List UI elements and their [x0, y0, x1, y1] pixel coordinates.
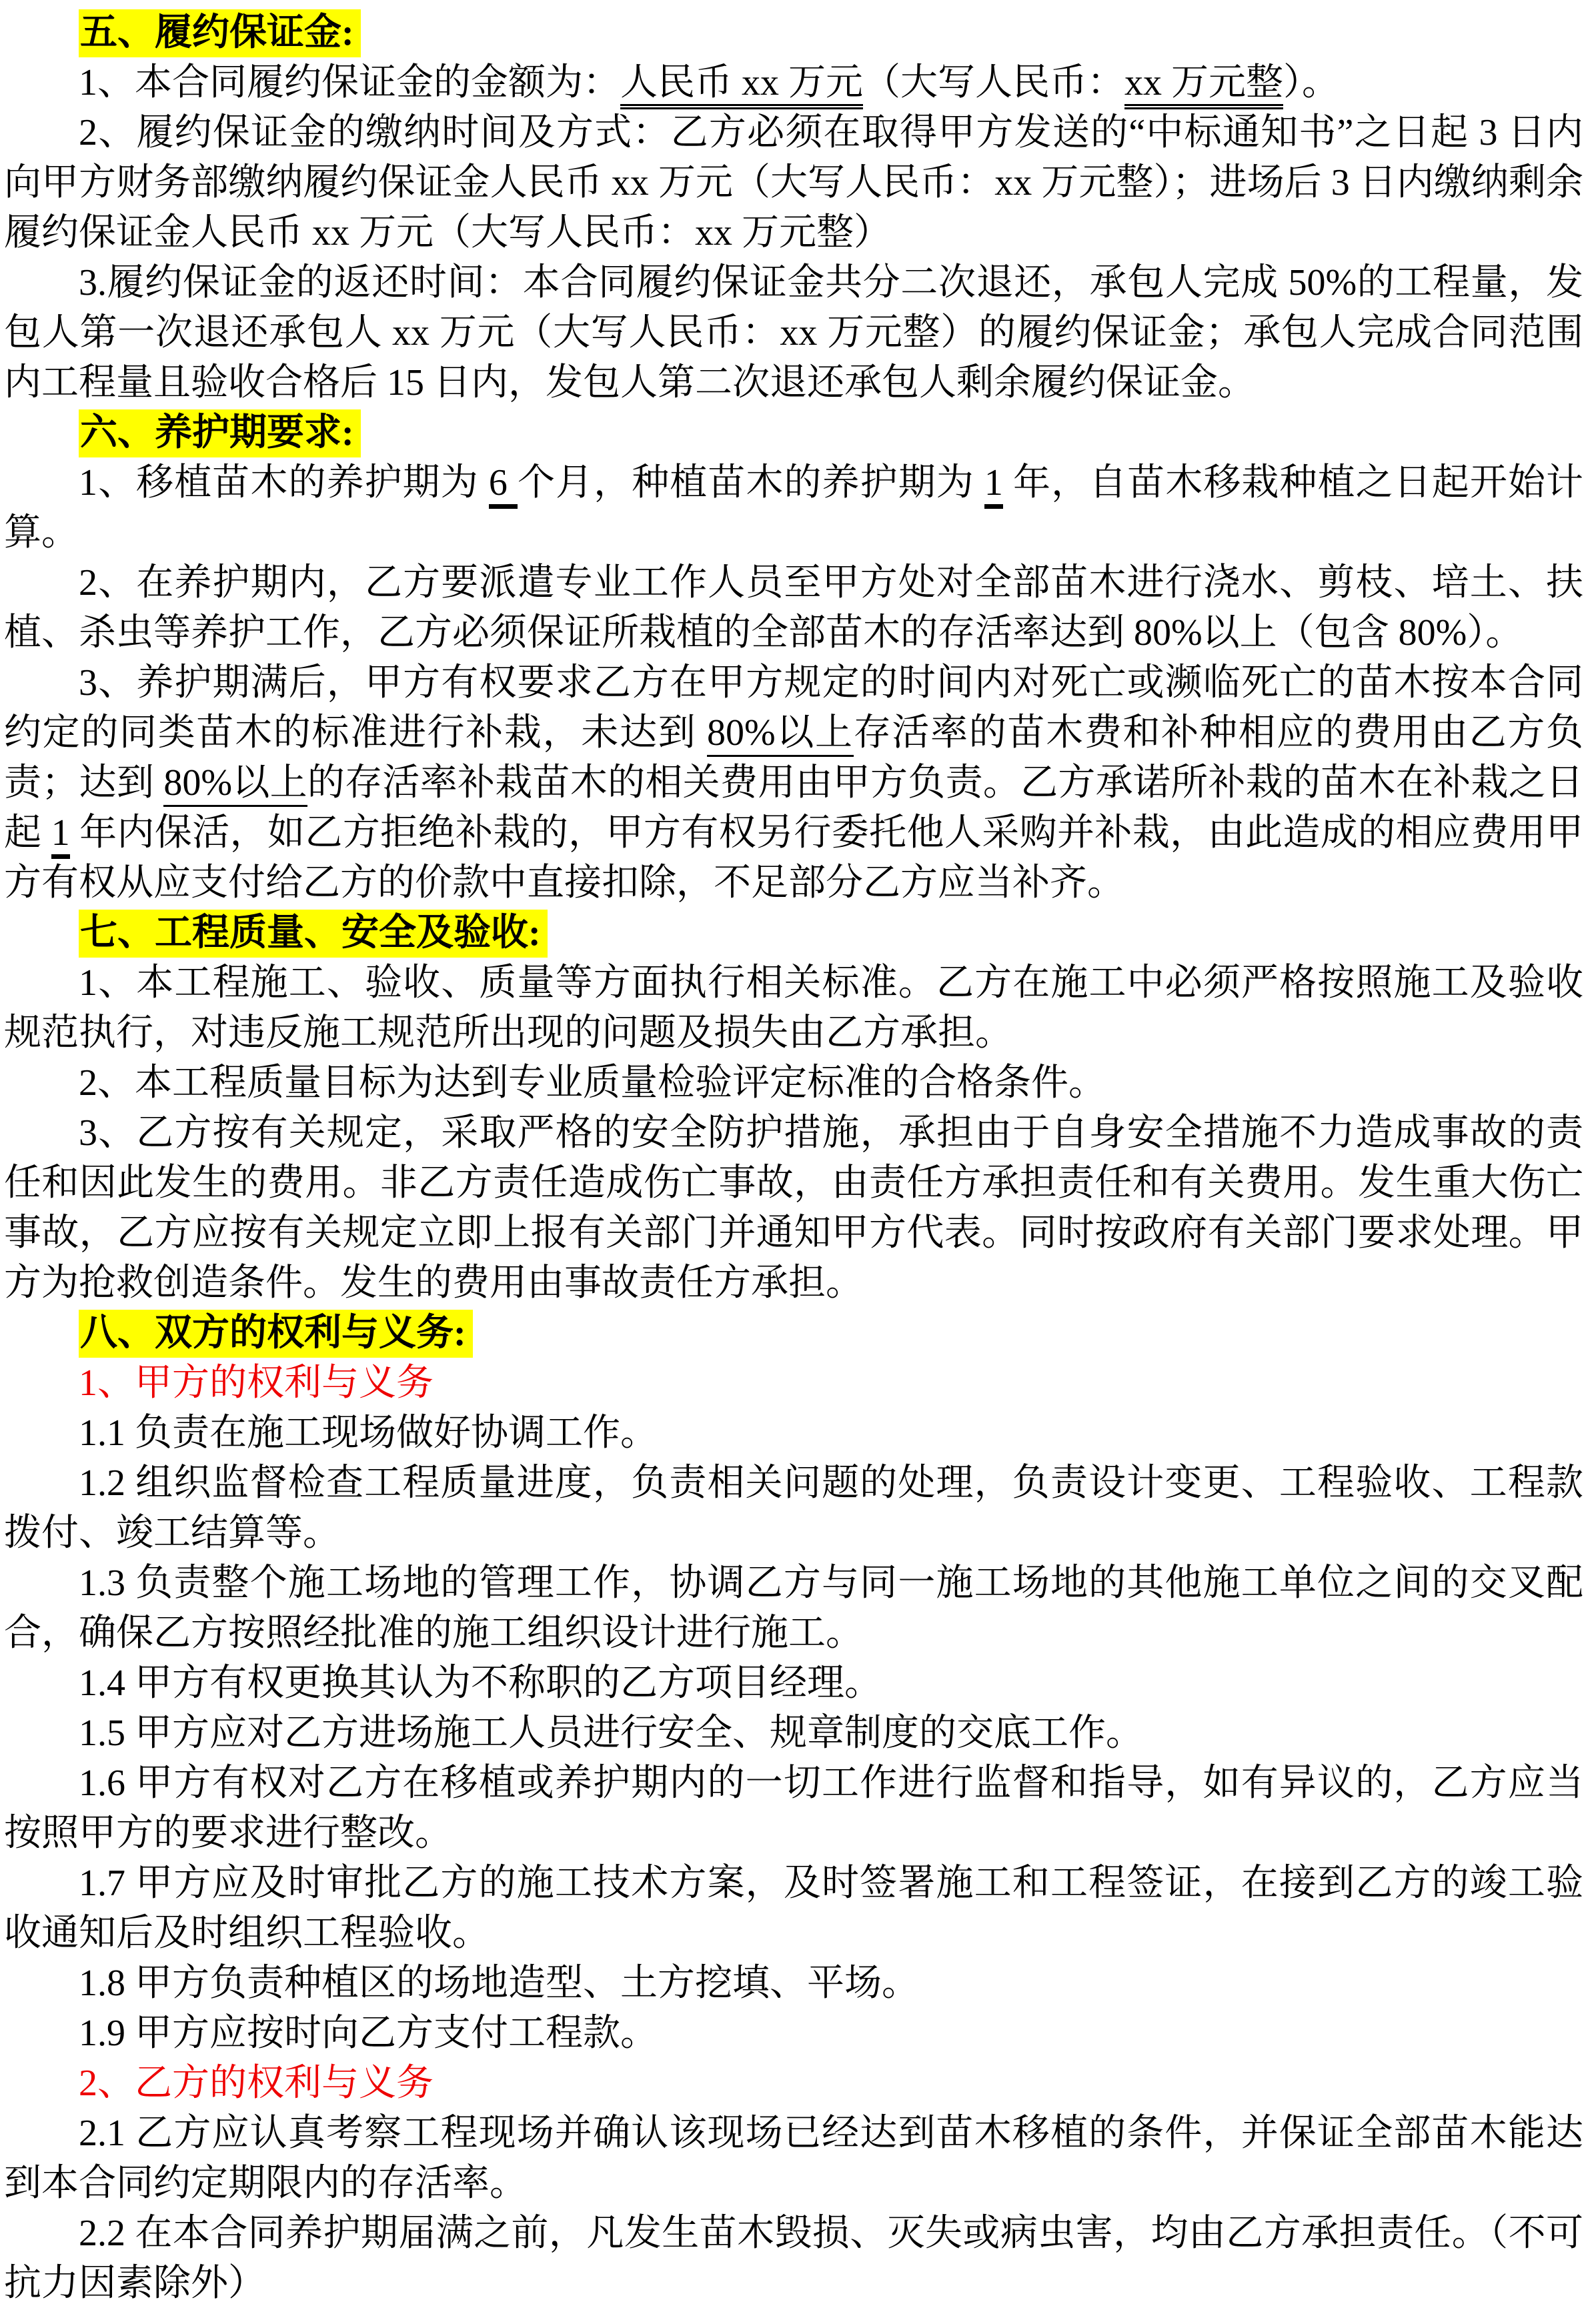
clause-paragraph: 1.1 负责在施工现场做好协调工作。 — [4, 1408, 1583, 1458]
clause-paragraph: 1、本工程施工、验收、质量等方面执行相关标准。乙方在施工中必须严格按照施工及验收… — [4, 958, 1583, 1058]
section-heading: 七、工程质量、安全及验收: — [79, 910, 548, 958]
clause-paragraph: 3.履约保证金的返还时间：本合同履约保证金共分二次退还，承包人完成 50%的工程… — [4, 258, 1583, 408]
clause-paragraph: 1.3 负责整个施工场地的管理工作，协调乙方与同一施工场地的其他施工单位之间的交… — [4, 1558, 1583, 1658]
text-run: 1、移植苗木的养护期为 — [79, 462, 489, 503]
contract-section: 八、双方的权利与义务:1、甲方的权利与义务1.1 负责在施工现场做好协调工作。1… — [4, 1308, 1583, 2309]
text-run: 1、本工程施工、验收、质量等方面执行相关标准。乙方在施工中必须严格按照施工及验收… — [4, 962, 1583, 1054]
text-run: 1、本合同履约保证金的金额为： — [79, 62, 620, 103]
section-heading: 六、养护期要求: — [79, 409, 361, 457]
text-run: 2、履约保证金的缴纳时间及方式：乙方必须在取得甲方发送的“中标通知书”之日起 3… — [4, 112, 1583, 253]
text-run: 1.6 甲方有权对乙方在移植或养护期内的一切工作进行监督和指导，如有异议的，乙方… — [4, 1763, 1583, 1854]
text-run: 1.9 甲方应按时向乙方支付工程款。 — [79, 2013, 658, 2054]
underlined-value: 1 — [984, 462, 1003, 509]
text-run: 1.3 负责整个施工场地的管理工作，协调乙方与同一施工场地的其他施工单位之间的交… — [4, 1562, 1583, 1654]
clause-paragraph: 2、在养护期内，乙方要派遣专业工作人员至甲方处对全部苗木进行浇水、剪枝、培土、扶… — [4, 558, 1583, 658]
clause-paragraph: 3、乙方按有关规定，采取严格的安全防护措施，承担由于自身安全措施不力造成事故的责… — [4, 1108, 1583, 1308]
clause-paragraph: 2.1 乙方应认真考察工程现场并确认该现场已经达到苗木移植的条件，并保证全部苗木… — [4, 2109, 1583, 2209]
clause-paragraph: 1.4 甲方有权更换其认为不称职的乙方项目经理。 — [4, 1658, 1583, 1708]
clause-paragraph: 1、本合同履约保证金的金额为：人民币 xx 万元（大写人民币：xx 万元整）。 — [4, 58, 1583, 108]
text-run: 1.2 组织监督检查工程质量进度，负责相关问题的处理，负责设计变更、工程验收、工… — [4, 1462, 1583, 1554]
text-run: 2.1 乙方应认真考察工程现场并确认该现场已经达到苗木移植的条件，并保证全部苗木… — [4, 2113, 1583, 2204]
section-heading-line: 七、工程质量、安全及验收: — [4, 908, 1583, 958]
text-run: 2、在养护期内，乙方要派遣专业工作人员至甲方处对全部苗木进行浇水、剪枝、培土、扶… — [4, 562, 1583, 654]
contract-section: 七、工程质量、安全及验收:1、本工程施工、验收、质量等方面执行相关标准。乙方在施… — [4, 908, 1583, 1308]
underlined-value: 1 — [51, 812, 70, 859]
subsection-heading: 1、甲方的权利与义务 — [4, 1358, 1583, 1408]
text-run: 2.2 在本合同养护期届满之前，凡发生苗木毁损、灭失或病虫害，均由乙方承担责任。… — [4, 2213, 1583, 2304]
text-run: 1.4 甲方有权更换其认为不称职的乙方项目经理。 — [79, 1662, 882, 1704]
clause-paragraph: 2、本工程质量目标为达到专业质量检验评定标准的合格条件。 — [4, 1058, 1583, 1108]
underlined-value: 6 — [489, 462, 518, 509]
text-run: 1、甲方的权利与义务 — [79, 1362, 434, 1404]
text-run: 个月，种植苗木的养护期为 — [518, 462, 984, 503]
underlined-value: 80%以上 — [163, 762, 307, 807]
section-heading-line: 八、双方的权利与义务: — [4, 1308, 1583, 1358]
text-run: 3、乙方按有关规定，采取严格的安全防护措施，承担由于自身安全措施不力造成事故的责… — [4, 1112, 1583, 1304]
section-heading-line: 五、履约保证金: — [4, 8, 1583, 58]
text-run: 1.8 甲方负责种植区的场地造型、土方挖填、平场。 — [79, 1963, 919, 2004]
clause-paragraph: 1.9 甲方应按时向乙方支付工程款。 — [4, 2009, 1583, 2059]
clause-paragraph: 1.2 组织监督检查工程质量进度，负责相关问题的处理，负责设计变更、工程验收、工… — [4, 1458, 1583, 1558]
text-run: 1.5 甲方应对乙方进场施工人员进行安全、规章制度的交底工作。 — [79, 1712, 1143, 1754]
clause-paragraph: 1.6 甲方有权对乙方在移植或养护期内的一切工作进行监督和指导，如有异议的，乙方… — [4, 1759, 1583, 1859]
clause-paragraph: 2.2 在本合同养护期届满之前，凡发生苗木毁损、灭失或病虫害，均由乙方承担责任。… — [4, 2209, 1583, 2309]
text-run: 2、乙方的权利与义务 — [79, 2063, 434, 2104]
text-run: 3.履约保证金的返还时间：本合同履约保证金共分二次退还，承包人完成 50%的工程… — [4, 262, 1583, 403]
clause-paragraph: 2、履约保证金的缴纳时间及方式：乙方必须在取得甲方发送的“中标通知书”之日起 3… — [4, 108, 1583, 258]
clause-paragraph: 1.5 甲方应对乙方进场施工人员进行安全、规章制度的交底工作。 — [4, 1708, 1583, 1759]
text-run: ）。 — [1283, 62, 1339, 103]
section-heading-line: 六、养护期要求: — [4, 408, 1583, 458]
text-run: 1.1 负责在施工现场做好协调工作。 — [79, 1412, 658, 1454]
clause-paragraph: 1.8 甲方负责种植区的场地造型、土方挖填、平场。 — [4, 1959, 1583, 2009]
underlined-value: 人民币 xx 万元 — [620, 62, 863, 109]
subsection-heading: 2、乙方的权利与义务 — [4, 2059, 1583, 2109]
text-run: 1.7 甲方应及时审批乙方的施工技术方案，及时签署施工和工程签证，在接到乙方的竣… — [4, 1863, 1583, 1954]
contract-section: 五、履约保证金:1、本合同履约保证金的金额为：人民币 xx 万元（大写人民币：x… — [4, 8, 1583, 408]
clause-paragraph: 3、养护期满后，甲方有权要求乙方在甲方规定的时间内对死亡或濒临死亡的苗木按本合同… — [4, 658, 1583, 908]
document-page: 五、履约保证金:1、本合同履约保证金的金额为：人民币 xx 万元（大写人民币：x… — [0, 0, 1590, 2324]
section-heading: 五、履约保证金: — [79, 9, 361, 57]
underlined-value: 80%以上 — [707, 712, 854, 757]
clause-paragraph: 1.7 甲方应及时审批乙方的施工技术方案，及时签署施工和工程签证，在接到乙方的竣… — [4, 1859, 1583, 1959]
section-heading: 八、双方的权利与义务: — [79, 1310, 473, 1358]
text-run: （大写人民币： — [863, 62, 1124, 103]
clause-paragraph: 1、移植苗木的养护期为 6 个月，种植苗木的养护期为 1 年，自苗木移栽种植之日… — [4, 458, 1583, 558]
text-run: 2、本工程质量目标为达到专业质量检验评定标准的合格条件。 — [79, 1062, 1106, 1104]
text-run: 年内保活，如乙方拒绝补栽的，甲方有权另行委托他人采购并补栽，由此造成的相应费用甲… — [4, 812, 1583, 904]
contract-section: 六、养护期要求:1、移植苗木的养护期为 6 个月，种植苗木的养护期为 1 年，自… — [4, 408, 1583, 908]
underlined-value: xx 万元整 — [1124, 62, 1283, 109]
